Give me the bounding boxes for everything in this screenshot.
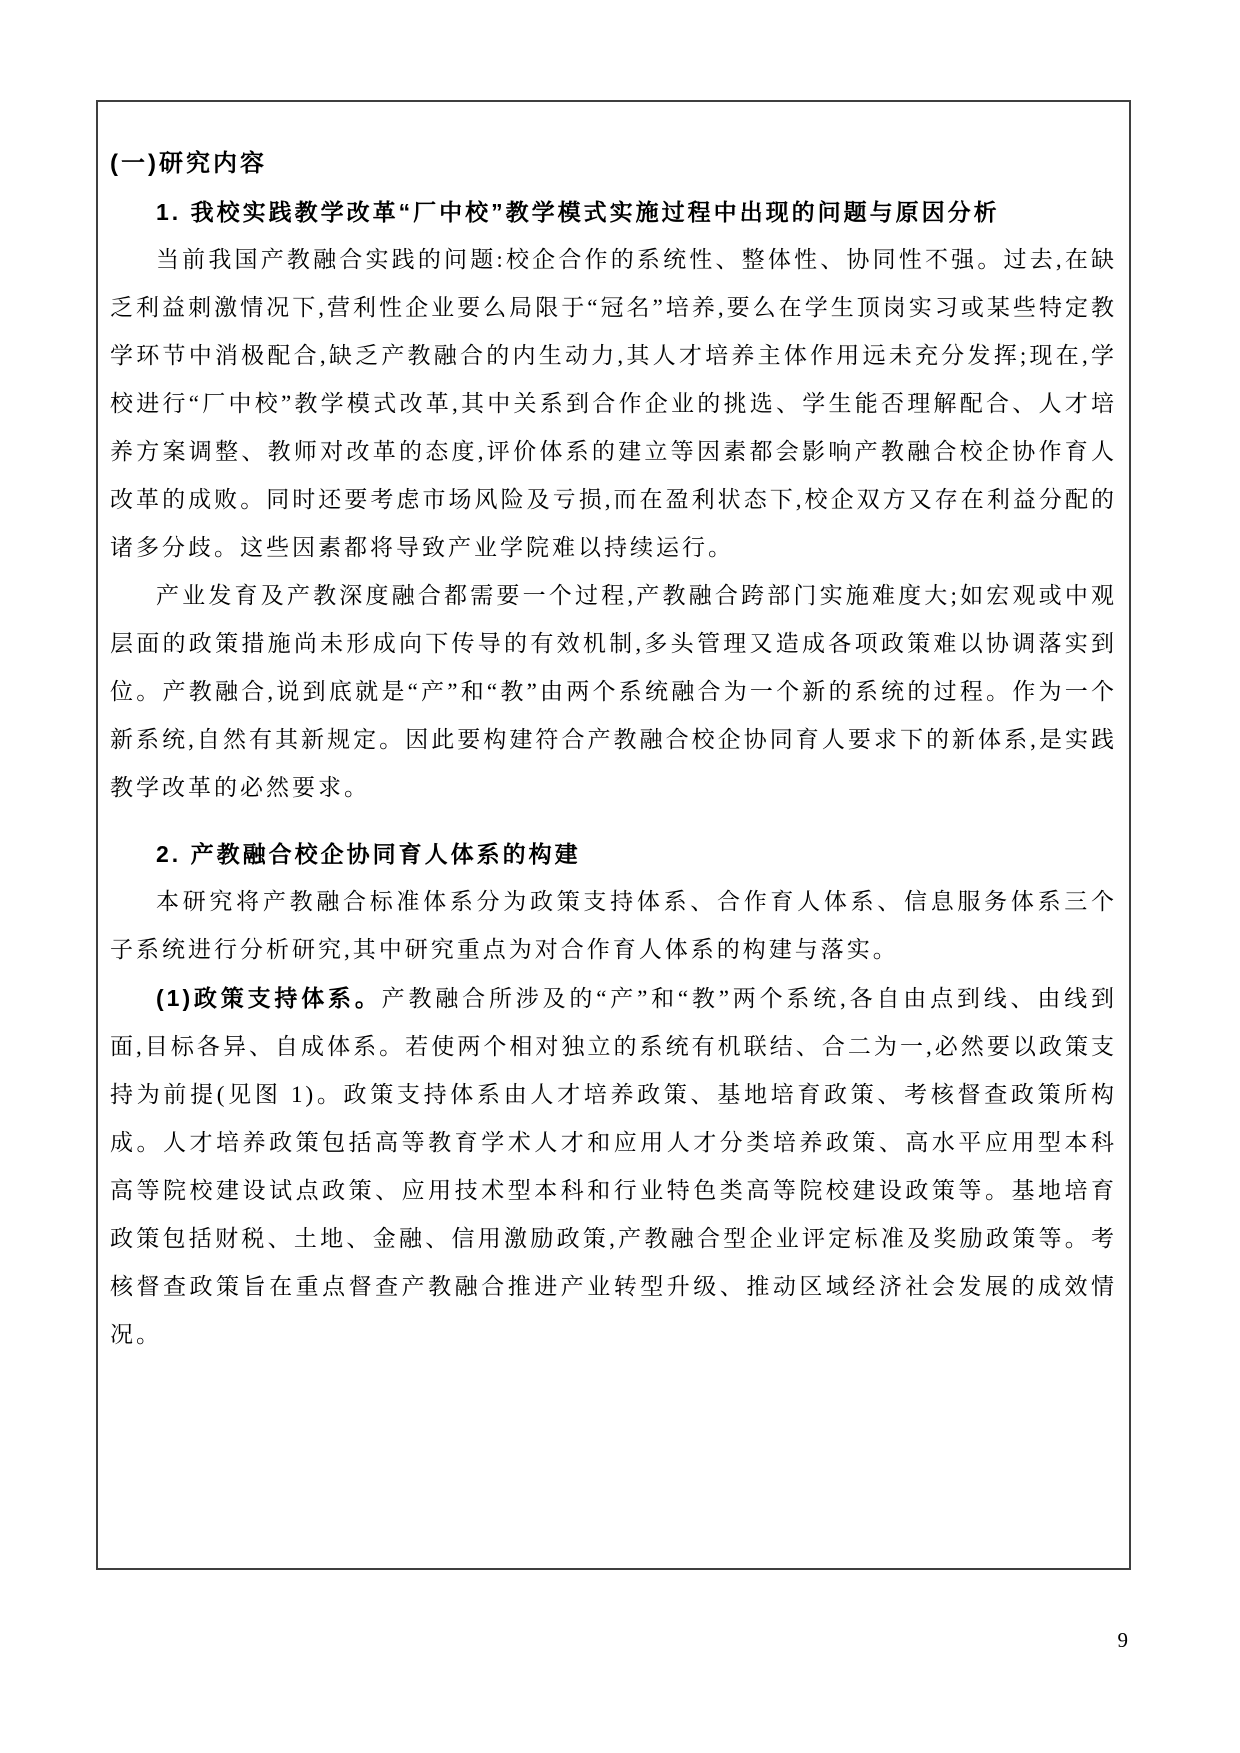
page-number: 9 bbox=[1118, 1626, 1129, 1654]
document-border-box: (一)研究内容 1. 我校实践教学改革“厂中校”教学模式实施过程中出现的问题与原… bbox=[96, 100, 1131, 1570]
paragraph-4-bold-lead: (1)政策支持体系。 bbox=[156, 985, 382, 1011]
paragraph-3: 本研究将产教融合标准体系分为政策支持体系、合作育人体系、信息服务体系三个子系统进… bbox=[110, 878, 1117, 974]
subsection-1-heading: 1. 我校实践教学改革“厂中校”教学模式实施过程中出现的问题与原因分析 bbox=[110, 188, 1117, 236]
paragraph-2: 产业发育及产教深度融合都需要一个过程,产教融合跨部门实施难度大;如宏观或中观层面… bbox=[110, 572, 1117, 812]
paragraph-4: (1)政策支持体系。产教融合所涉及的“产”和“教”两个系统,各自由点到线、由线到… bbox=[110, 974, 1117, 1359]
section-heading: (一)研究内容 bbox=[110, 140, 1117, 188]
paragraph-4-body: 产教融合所涉及的“产”和“教”两个系统,各自由点到线、由线到面,目标各异、自成体… bbox=[110, 986, 1117, 1347]
subsection-2-heading: 2. 产教融合校企协同育人体系的构建 bbox=[110, 830, 1117, 878]
paragraph-1: 当前我国产教融合实践的问题:校企合作的系统性、整体性、协同性不强。过去,在缺乏利… bbox=[110, 236, 1117, 572]
